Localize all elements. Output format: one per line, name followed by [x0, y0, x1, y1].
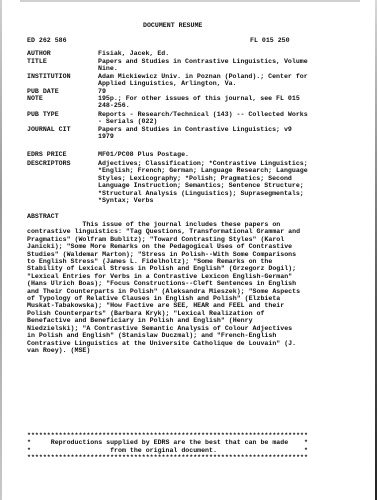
field-value: Adjectives; Classification; *Contrastive…: [98, 160, 363, 204]
field-label: DESCRIPTORS: [27, 160, 71, 167]
field-value: Fisiak, Jacek, Ed.: [98, 50, 363, 57]
field-label: JOURNAL CIT: [27, 126, 71, 133]
scan-edge-left: [0, 0, 2, 500]
field-value: MF01/PC08 Plus Postage.: [98, 151, 363, 158]
field-label: PUB DATE: [27, 88, 59, 95]
document-title: DOCUMENT RESUME: [143, 22, 202, 29]
scan-edge-top: [20, 0, 360, 2]
field-label: TITLE: [27, 58, 47, 65]
field-value: 79: [98, 88, 363, 95]
ed-number: ED 262 586: [27, 37, 67, 44]
field-label: PUB TYPE: [27, 111, 59, 118]
field-label: NOTE: [27, 95, 43, 102]
abstract-label: ABSTRACT: [27, 213, 59, 220]
field-label: EDRS PRICE: [27, 151, 67, 158]
document-page: DOCUMENT RESUME ED 262 586 FL 015 250 AU…: [0, 0, 378, 500]
fl-number: FL 015 250: [250, 37, 290, 44]
scan-edge-right: [375, 0, 377, 500]
reproduction-notice: ****************************************…: [27, 432, 308, 462]
field-value: Papers and Studies in Contrastive Lingui…: [98, 126, 363, 141]
field-value: Reports - Research/Technical (143) -- Co…: [98, 111, 363, 126]
field-label: INSTITUTION: [27, 73, 71, 80]
abstract-text: This issue of the journal includes these…: [27, 221, 300, 354]
field-value: Papers and Studies in Contrastive Lingui…: [98, 58, 363, 73]
field-value: Adam Mickiewicz Univ. in Poznan (Poland)…: [98, 73, 363, 88]
field-value: 195p.; For other issues of this journal,…: [98, 95, 363, 110]
field-label: AUTHOR: [27, 50, 51, 57]
